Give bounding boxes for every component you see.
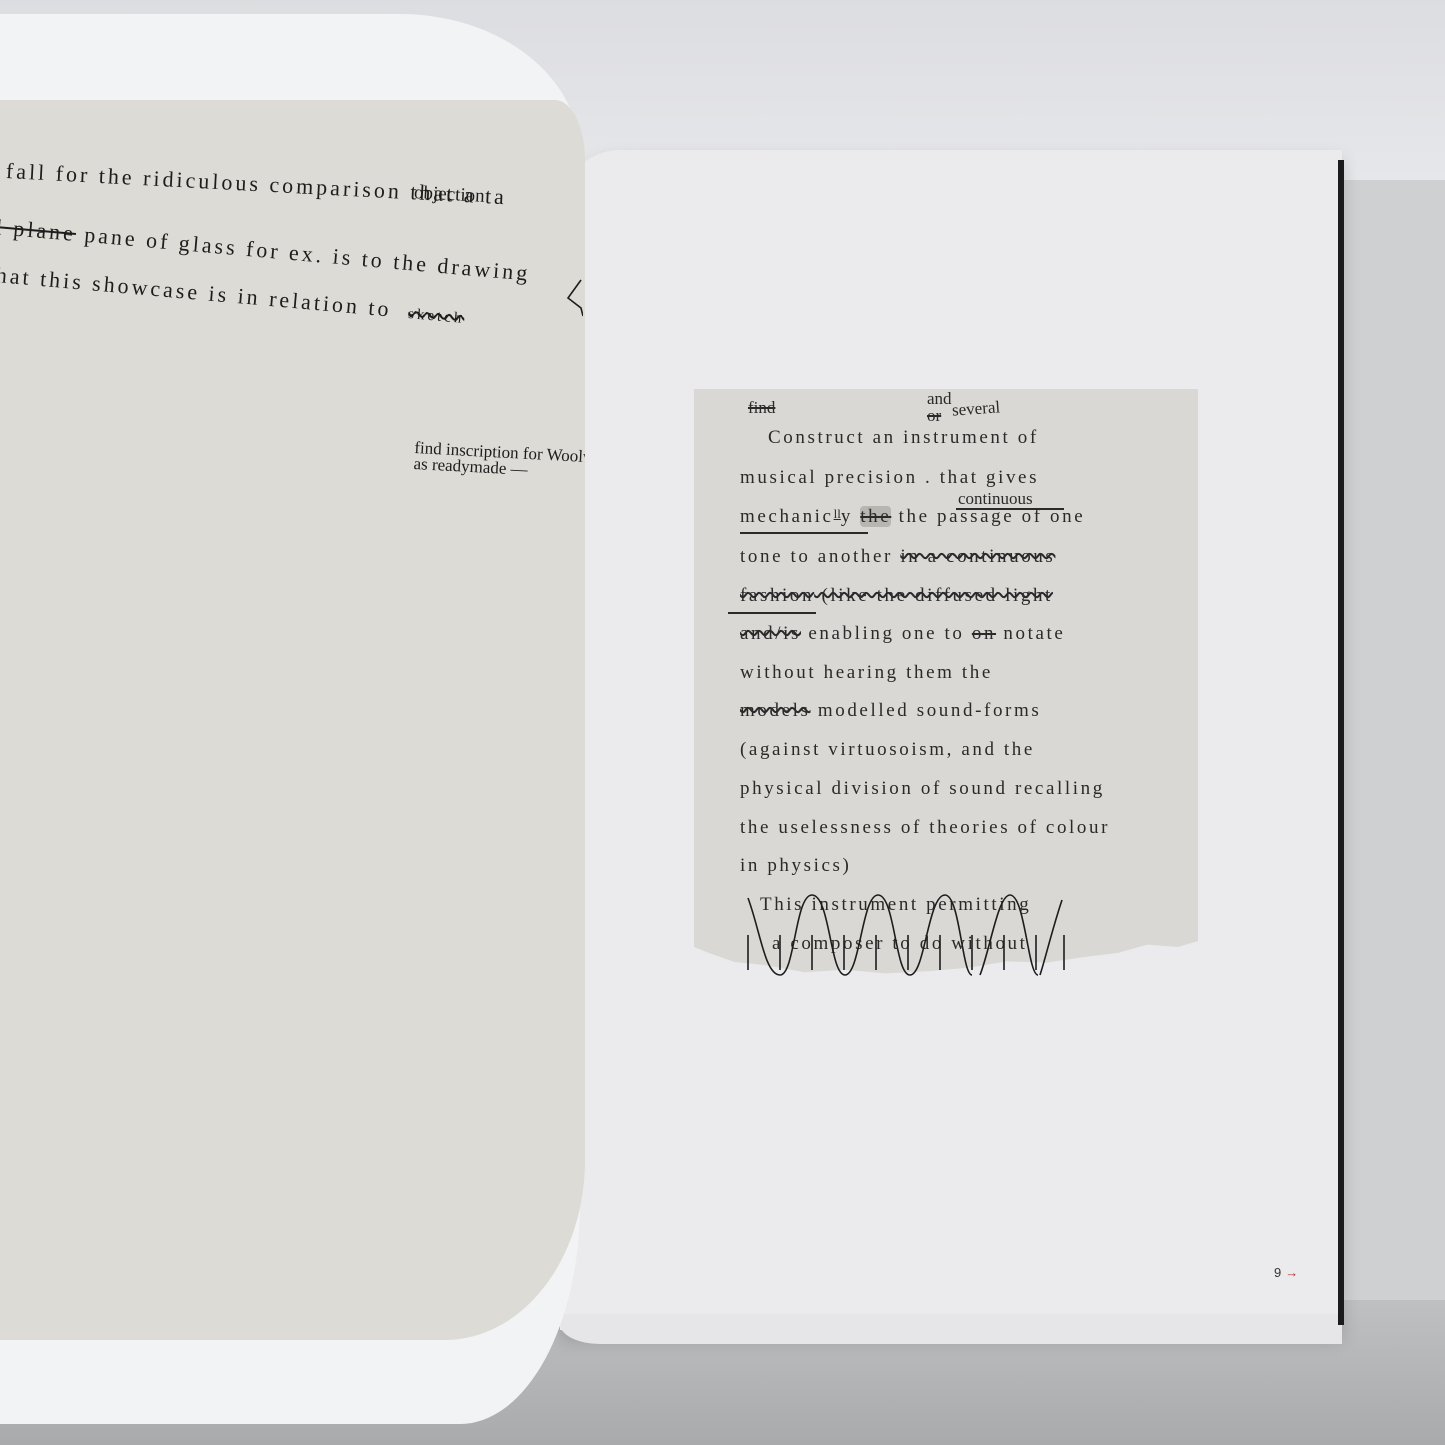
struck-find: find	[748, 398, 775, 418]
hand-drawn-bracket-icon	[565, 278, 583, 318]
scribbled-and-is: and/is	[740, 623, 801, 644]
page-number-text: 9	[1274, 1265, 1281, 1280]
line-text: enabling one to	[801, 623, 972, 644]
margin-note: find inscription for Woolworth B as read…	[413, 440, 585, 484]
note-line-11: the uselessness of theories of colour	[740, 817, 1110, 839]
note-line-5: fashion (like the diffused light	[740, 585, 1053, 607]
left-page-print-area: fall for the ridiculous comparison that …	[0, 100, 585, 1340]
book-cover-edge	[1338, 160, 1344, 1325]
scribbled-word: sketch	[408, 306, 466, 327]
word-y: y	[841, 506, 853, 527]
annotation-objection: objection	[413, 182, 485, 208]
scribbled-phrase: in a continuous	[900, 546, 1055, 567]
sine-wave-drawing-icon	[740, 890, 1080, 980]
note-line-4: tone to another in a continuous	[740, 546, 1055, 568]
struck-or: or	[927, 406, 941, 426]
note-line-10: physical division of sound recalling	[740, 778, 1105, 800]
note-line-3: mechaniclly the the passage of one	[740, 506, 1085, 528]
note-line-9: (against virtuosoism, and the	[740, 739, 1035, 761]
note-line-2: musical precision . that gives	[740, 467, 1039, 489]
line-text: notate	[996, 623, 1065, 644]
line-text: hat this showcase is in relation to	[0, 262, 393, 322]
struck-the: the	[860, 506, 891, 527]
annotation-several: several	[951, 397, 1000, 420]
note-line-6: and/is enabling one to on notate	[740, 623, 1065, 645]
inserted-ll: ll	[834, 506, 841, 521]
line-text: tone to another	[740, 546, 900, 567]
scribbled-phrase: (like the diffused light	[814, 585, 1053, 606]
struck-word: l plane	[0, 214, 77, 246]
note-line-12: in physics)	[740, 855, 851, 877]
page-number: 9→	[1274, 1265, 1298, 1280]
struck-on: on	[972, 623, 996, 644]
scribbled-models: models	[740, 700, 811, 721]
scribbled-fashion: fashion	[740, 585, 814, 606]
note-line-7: without hearing them the	[740, 662, 993, 684]
note-line-1: Construct an instrument of	[768, 427, 1039, 449]
note-line-8: models modelled sound-forms	[740, 700, 1041, 722]
fashion-underline	[728, 612, 816, 614]
word-mechanic: mechanic	[740, 506, 834, 527]
line-text: the passage of one	[891, 506, 1085, 527]
mechanically-underline	[740, 532, 868, 534]
line-text: modelled sound-forms	[811, 700, 1042, 721]
next-arrow-icon: →	[1285, 1265, 1298, 1280]
